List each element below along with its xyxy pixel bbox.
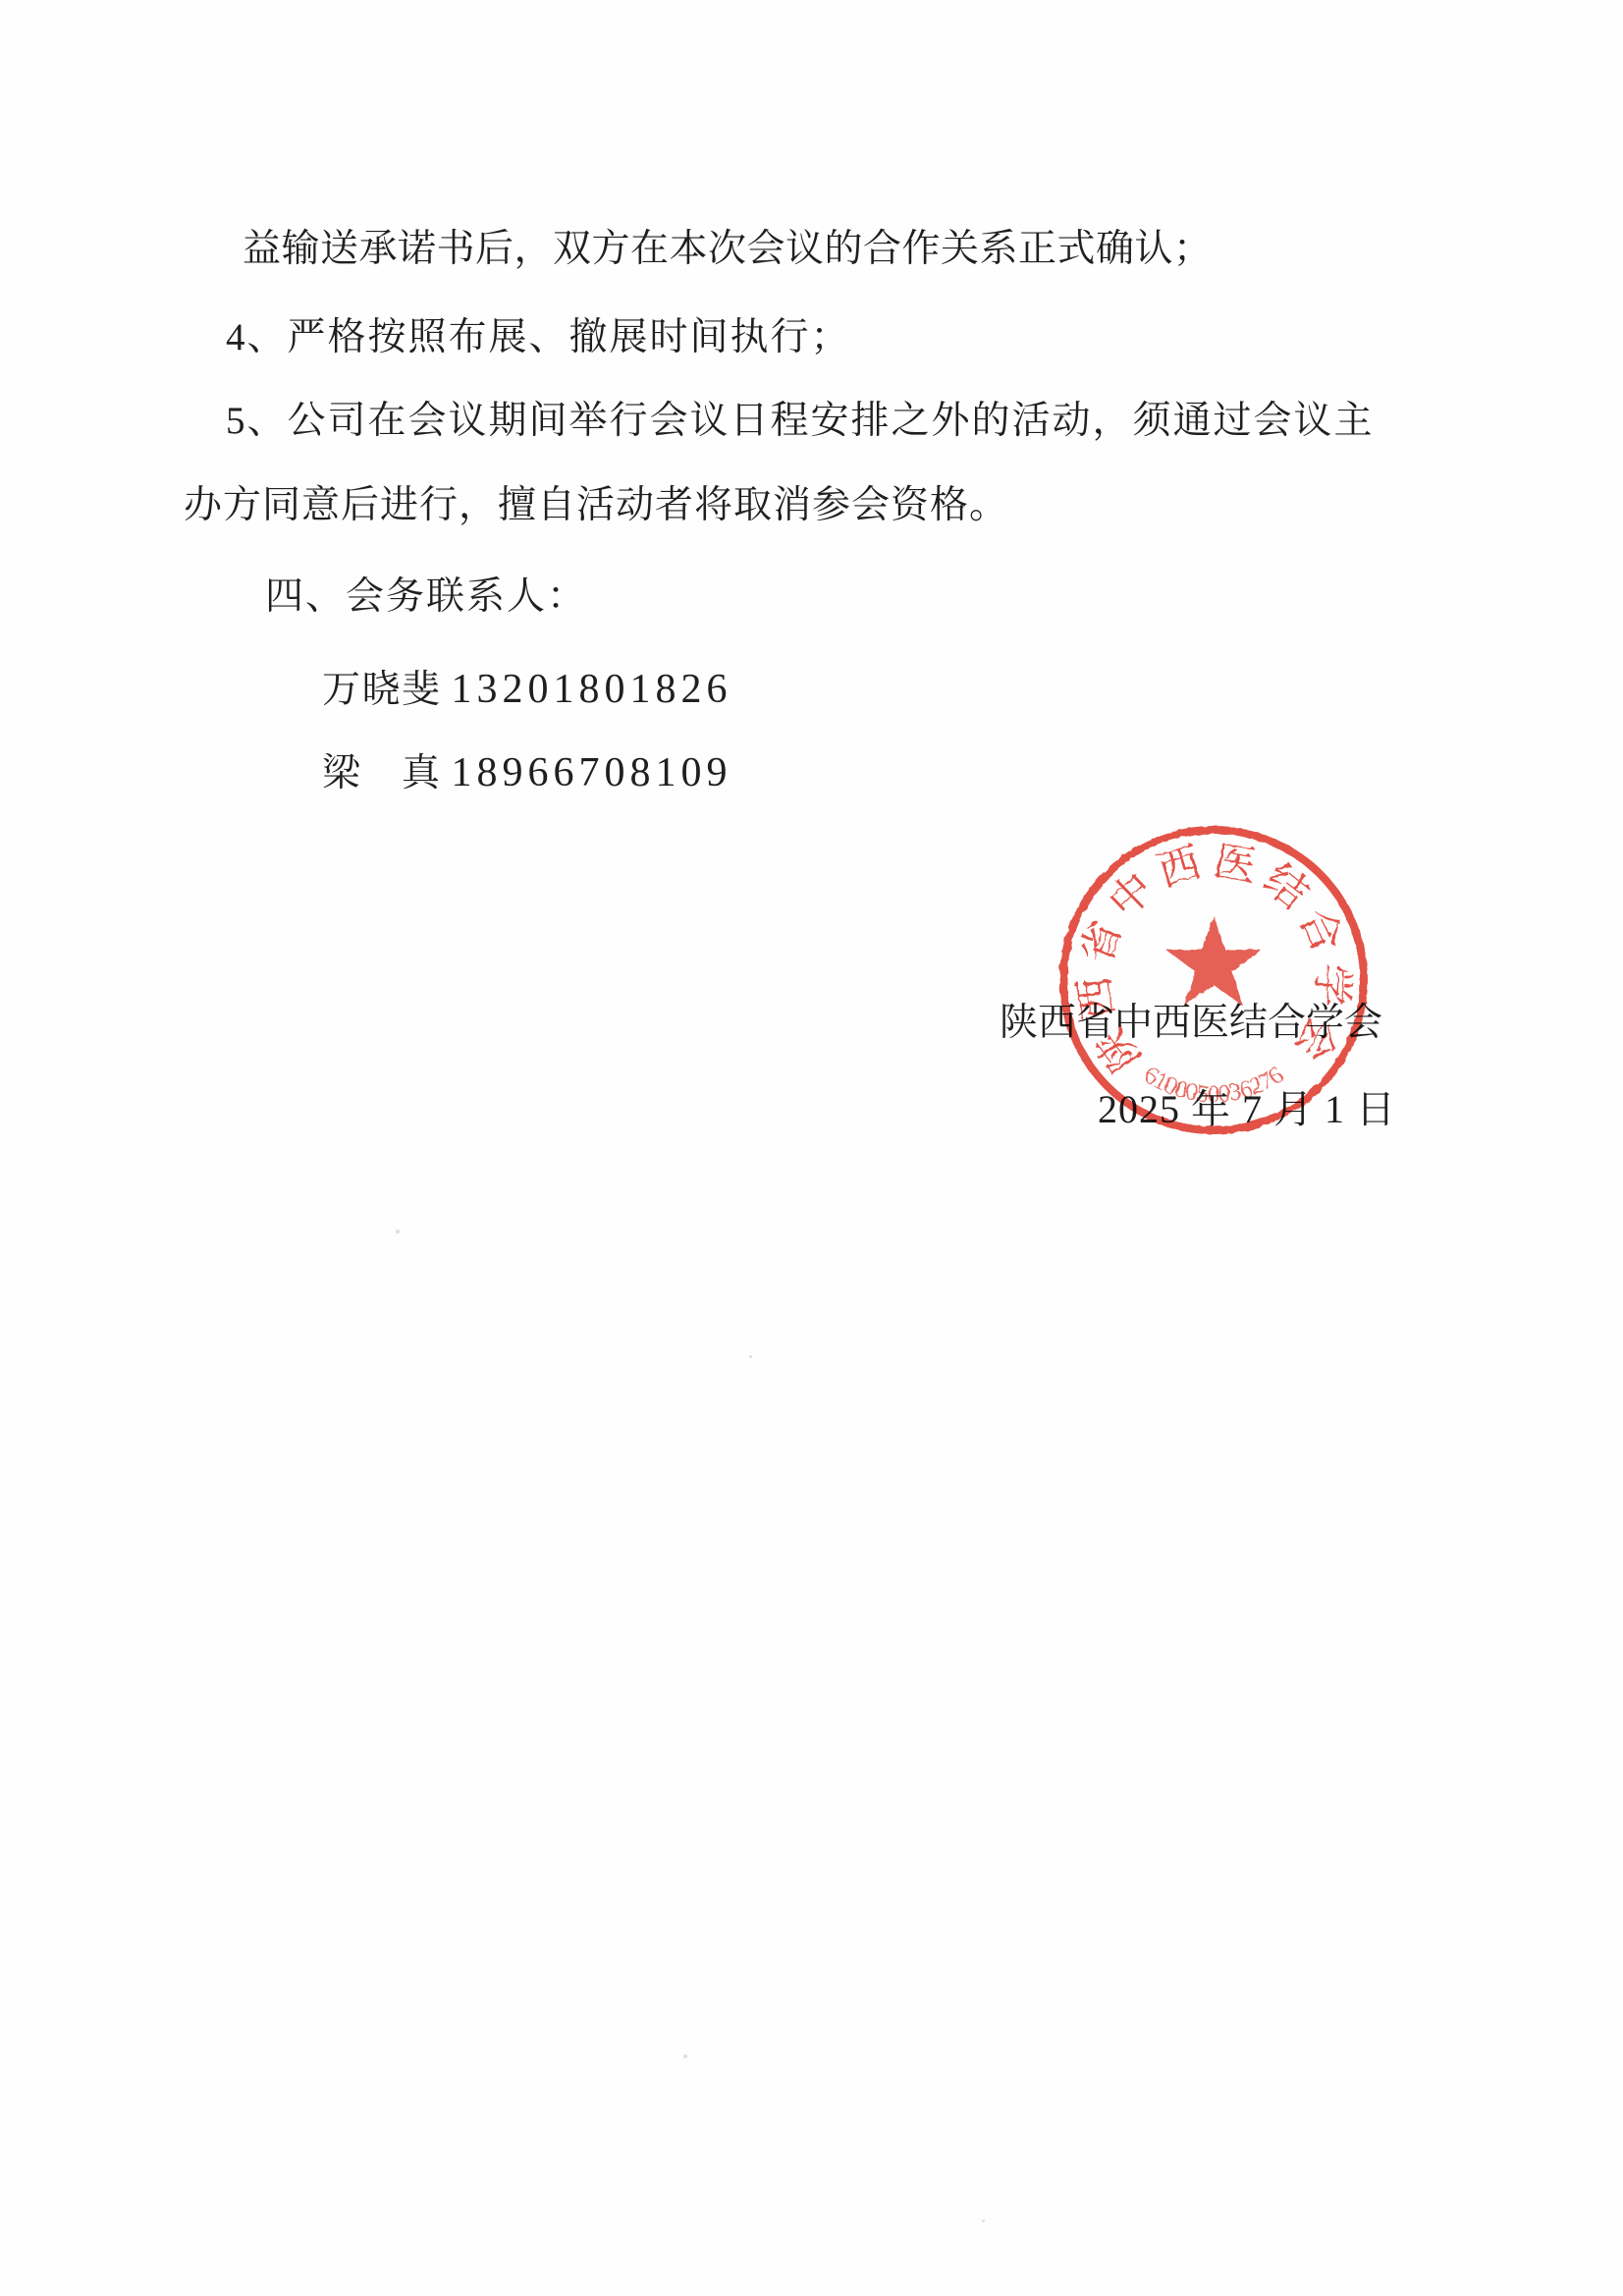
- scan-speck: [396, 1230, 400, 1233]
- seal-ring-char: 西: [1153, 840, 1207, 896]
- seal-graphic: 陕西省中西医结合学会6100050036276: [1063, 830, 1364, 1130]
- scan-speck: [749, 1355, 752, 1358]
- document-page: 益输送承诺书后，双方在本次会议的合作关系正式确认； 4、严格按照布展、撤展时间执…: [0, 0, 1623, 2296]
- contact-name: 梁 真: [322, 752, 442, 794]
- signature-organization: 陕西省中西医结合学会: [1000, 1002, 1382, 1045]
- seal-ring-char: 学: [1307, 963, 1355, 1008]
- seal-serial-digit: 6: [1139, 1062, 1163, 1090]
- seal-ring-char: 结: [1255, 856, 1317, 918]
- contact-row: 梁 真18966708109: [322, 742, 732, 797]
- seal-ring-char: 医: [1210, 838, 1260, 891]
- body-line-1: 益输送承诺书后，双方在本次会议的合作关系正式确认；: [243, 228, 1213, 271]
- scan-speck: [982, 2219, 985, 2222]
- contact-row: 万晓斐13201801826: [322, 659, 732, 714]
- scan-speck: [683, 2054, 687, 2058]
- body-line-3: 5、公司在会议期间举行会议日程安排之外的活动，须通过会议主: [226, 400, 1375, 443]
- seal-serial-digit: 6: [1264, 1062, 1288, 1090]
- seal-ring-char: 中: [1101, 864, 1163, 927]
- seal-ring: [1063, 830, 1364, 1130]
- seal-ring-char: 省: [1074, 915, 1131, 970]
- seal-ring-char: 合: [1290, 902, 1350, 959]
- contact-phone: 13201801826: [452, 667, 732, 712]
- star-icon: [1166, 915, 1262, 1006]
- contacts-heading: 四、会务联系人：: [265, 575, 587, 619]
- signature-date: 2025 年 7 月 1 日: [1098, 1088, 1396, 1131]
- contact-name: 万晓斐: [322, 669, 442, 711]
- body-line-4: 办方同意后进行，擅自活动者将取消参会资格。: [184, 484, 1008, 527]
- body-line-2: 4、严格按照布展、撤展时间执行；: [226, 316, 851, 359]
- contact-phone: 18966708109: [452, 750, 732, 795]
